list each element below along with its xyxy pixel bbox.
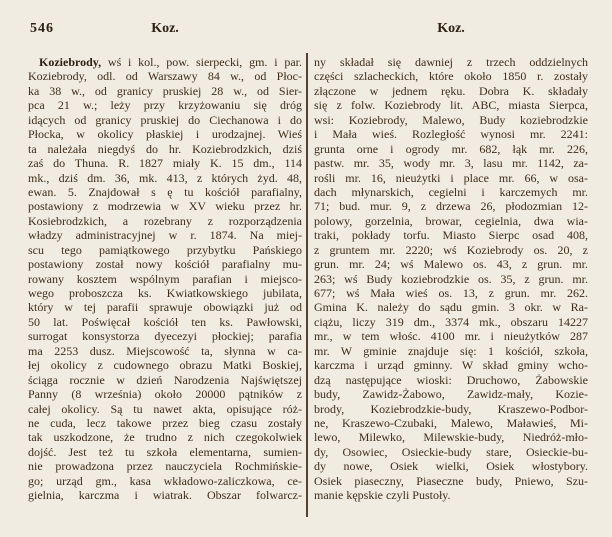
text-line: dy, Osowiec, Osieckie-budy stare, Osieck… xyxy=(314,445,588,459)
text-line: postawiony został nowy kościół parafialn… xyxy=(28,257,302,271)
text-line: ka 38 w., od granicy pruskiej 28 w., od … xyxy=(28,84,302,98)
text-line: władzy administracyjnej w r. 1874. Na mi… xyxy=(28,228,302,242)
text-line: ciążu, liczy 319 dm., 3374 mk., obszaru … xyxy=(314,315,588,329)
text-line: gielnia, karczma i wiatrak. Obszar folwa… xyxy=(28,488,302,502)
text-line: postawiony z modrzewia w XV wieku przez … xyxy=(28,199,302,213)
text-line: Koziebrody, odl. od Warszawy 84 w., od P… xyxy=(28,69,302,83)
text-line: dzą następujące wioski: Druchowo, Żabows… xyxy=(314,373,588,387)
text-line: się z folw. Koziebrody lit. ABC, miasta … xyxy=(314,98,588,112)
text-line: pastw. mr. 35, wody mr. 3, lasu mr. 1142… xyxy=(314,156,588,170)
text-line: scu tego pamiątkowego przybytku Pańskieg… xyxy=(28,243,302,257)
running-head-left: Koz. xyxy=(28,21,302,37)
text-line: Gmina K. należy do sądu gmin. 3 okr. w R… xyxy=(314,300,588,314)
text-line: 677; wś Mała wieś os. 13, z grun. mr. 26… xyxy=(314,286,588,300)
text-line: wsi: Koziebrody, Malewo, Budy koziebrodz… xyxy=(314,113,588,127)
text-line: grun. mr. 24; wś Malewo os. 43, z grun. … xyxy=(314,257,588,271)
book-page-scan: 546 Koz. Koz. Koziebrody, wś i kol., pow… xyxy=(0,0,612,537)
text-line: rowany kosztem wspólnym parafian i miejs… xyxy=(28,272,302,286)
text-line: ny składał się dawniej z trzech oddzieln… xyxy=(314,55,588,69)
text-line: dojść. Jest też tu szkoła elementarna, s… xyxy=(28,445,302,459)
text-line: całej okolicy. Są tu nawet akta, opisują… xyxy=(28,402,302,416)
left-text-column: Koziebrody, wś i kol., pow. sierpecki, g… xyxy=(28,55,302,503)
text-line: łej okolicy z cudownego obrazu Matki Bos… xyxy=(28,358,302,372)
text-line: grunta orne i ogrody mr. 682, łąk mr. 22… xyxy=(314,142,588,156)
text-line: karczma i urząd gminny. W skład gminy wc… xyxy=(314,358,588,372)
text-line: zaś do Thuna. R. 1827 miały K. 15 dm., 1… xyxy=(28,156,302,170)
text-line: ewan. 5. Znajdował s ę tu kościół parafi… xyxy=(28,185,302,199)
text-line: tak uszkodzone, że trudno z nich czegoko… xyxy=(28,430,302,444)
text-line: Panny (8 września) około 20000 pątników … xyxy=(28,387,302,401)
text-line: rośli mr. 16, nieużytki i place mr. 66, … xyxy=(314,171,588,185)
text-line: 71; bud. mur. 9, z drzewa 26, płodozmian… xyxy=(314,199,588,213)
text-line: dach młynarskich, cegielni i karczemych … xyxy=(314,185,588,199)
text-line: surrogat konsystorza dyecezyi płockiej; … xyxy=(28,329,302,343)
text-line: go; urząd gm., kasa wkładowo-zaliczkowa,… xyxy=(28,474,302,488)
text-line: wego proboszcza ks. Kwiatkowskiego jubil… xyxy=(28,286,302,300)
text-line: 263; wś Budy koziebrodzkie os. 35, z gru… xyxy=(314,272,588,286)
text-line: części szlacheckich, które około 1850 r.… xyxy=(314,69,588,83)
text-line: Osiek piaseczny, Piaseczne budy, Pniewo,… xyxy=(314,474,588,488)
text-line: nie prowadzona przez nauczyciela Rochmiń… xyxy=(28,459,302,473)
text-line: lewo, Milewko, Milewskie-budy, Niedróż-m… xyxy=(314,430,588,444)
text-line: z gruntem mr. 2220; wś Koziebrody os. 20… xyxy=(314,243,588,257)
text-line: który w tej parafii sprawuje obowiązki j… xyxy=(28,300,302,314)
text-line: manie kępskie czyli Pustoły. xyxy=(314,488,588,502)
text-line: i Mała wieś. Rozległość wynosi mr. 2241: xyxy=(314,127,588,141)
text-line: Koziebrody, wś i kol., pow. sierpecki, g… xyxy=(28,55,302,69)
column-divider-rule xyxy=(306,53,308,517)
text-line: polowy, gorzelnia, browar, cegielnia, dw… xyxy=(314,214,588,228)
text-line: dy nowe, Osiek wielki, Osiek włostybory. xyxy=(314,459,588,473)
running-header: 546 Koz. Koz. xyxy=(28,21,588,39)
text-line: Płocka, w okolicy płaskiej i urodzajnej.… xyxy=(28,127,302,141)
running-head-right: Koz. xyxy=(314,21,588,37)
text-line: mr., w tem włośc. 4100 mr. i nieużytków … xyxy=(314,329,588,343)
text-line: mr. W gminie znajduje się: 1 kościół, sz… xyxy=(314,344,588,358)
text-line: idących od granicy pruskiej do Ciechanow… xyxy=(28,113,302,127)
text-line: ściąga rocznie w dzień Narodzenia Najświ… xyxy=(28,373,302,387)
text-line: brody, Koziebrodzkie-budy, Kraszewo-Podb… xyxy=(314,402,588,416)
entry-headword: Koziebrody, xyxy=(39,55,101,69)
text-line: Kosiebrodzkich, a rozebrany z rozporządz… xyxy=(28,214,302,228)
text-line: złączone w jednem ręku. Dobra K. składał… xyxy=(314,84,588,98)
text-line: mk., dziś dm. 36, mk. 413, z których żyd… xyxy=(28,171,302,185)
text-line: ta należała niegdyś do hr. Koziebrodzkic… xyxy=(28,142,302,156)
text-line: 50 lat. Poświęcał kościół ten ks. Pawłow… xyxy=(28,315,302,329)
text-line: ne cuda, lecz takowe przez bieg czasu zo… xyxy=(28,416,302,430)
text-line: pca 21 w.; leży przy krzyżowaniu się dró… xyxy=(28,98,302,112)
text-line: ma 2253 dusz. Miejscowość ta, słynna w c… xyxy=(28,344,302,358)
text-line: budy, Zawidz-Żabowo, Zawidz-mały, Kozie- xyxy=(314,387,588,401)
text-line: ne, Kraszewo-Czubaki, Malewo, Maławieś, … xyxy=(314,416,588,430)
right-text-column: ny składał się dawniej z trzech oddzieln… xyxy=(314,55,588,503)
text-line: traki, pokłady torfu. Miasto Sierpc osad… xyxy=(314,228,588,242)
